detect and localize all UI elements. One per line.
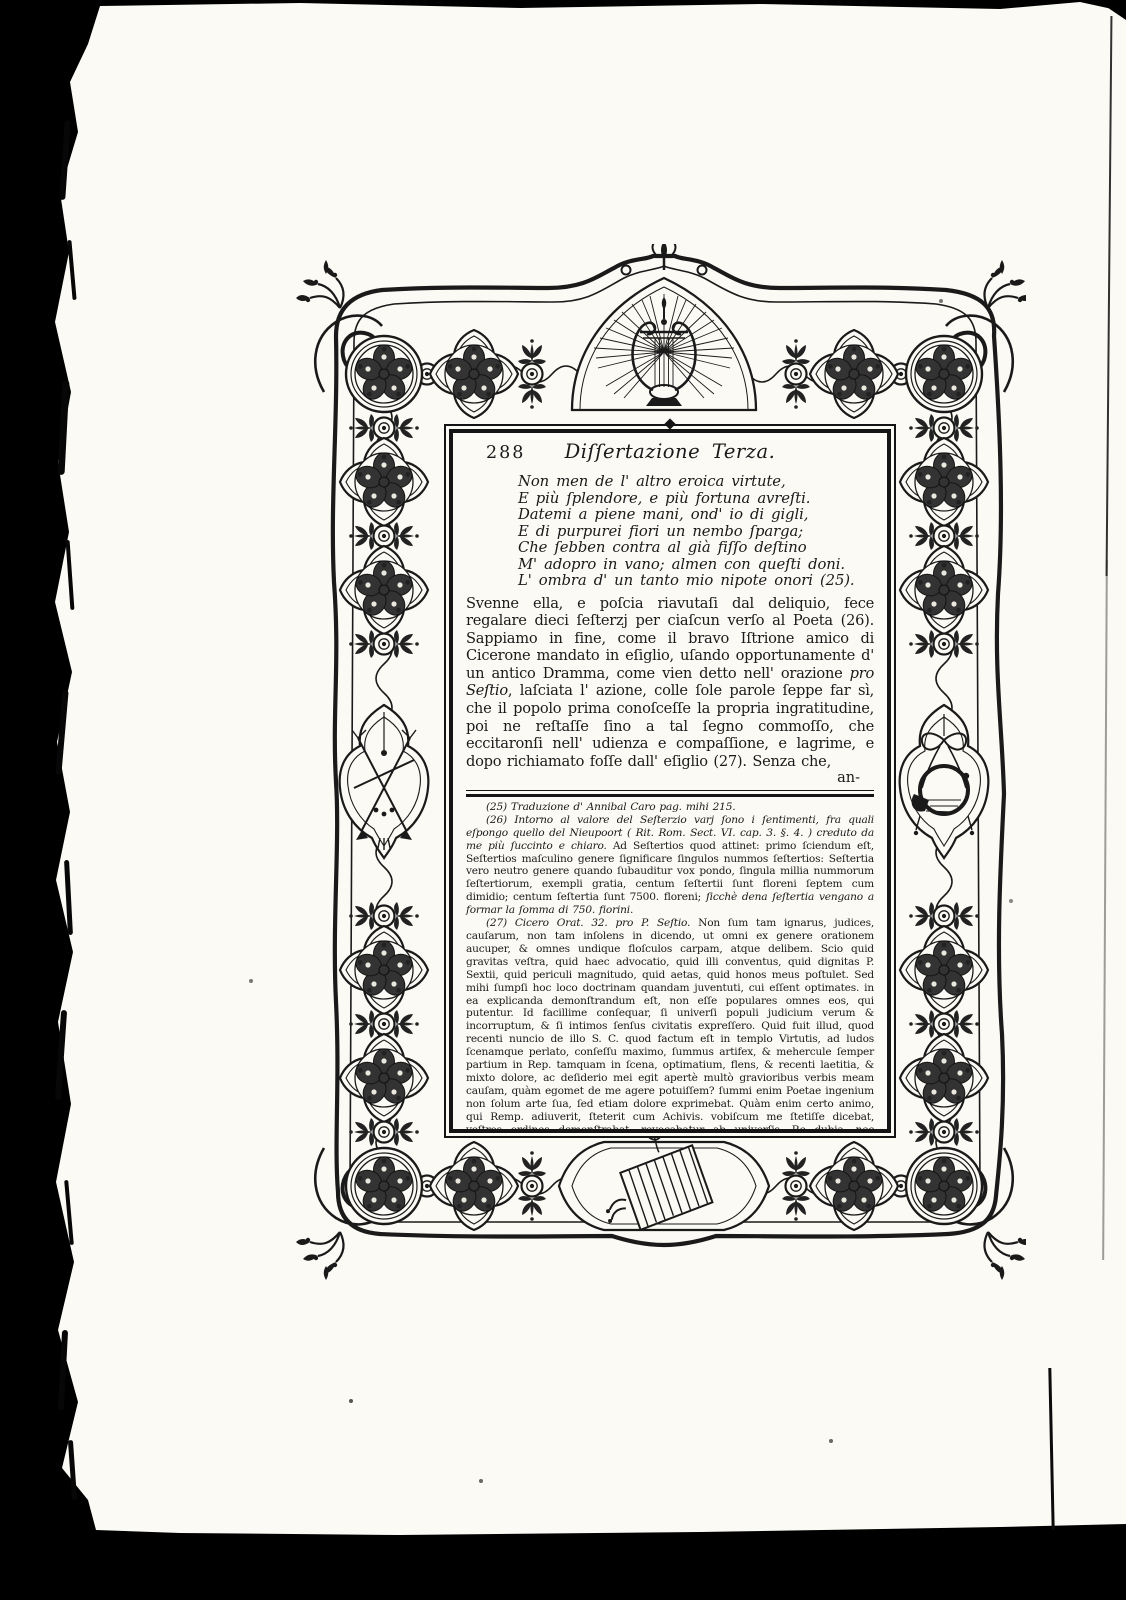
rosette-icon — [346, 336, 422, 412]
page-header: 288 Diſſertazione Terza. — [466, 440, 874, 467]
tulip-bead-link-icon — [349, 630, 419, 658]
ribbon-horn-cartouche-icon — [900, 705, 989, 858]
radiant-lyre-icon — [572, 278, 756, 410]
rosette-icon — [810, 330, 898, 418]
tulip-bead-link-icon — [782, 339, 810, 409]
text-panel-inner: 288 Diſſertazione Terza. Non men de l' a… — [449, 429, 891, 1133]
rosette-icon — [900, 1034, 988, 1122]
footnote: (26) Intorno al valore del Seſterzio var… — [466, 814, 874, 917]
poem-line: M' adopro in vano; almen con queſti doni… — [518, 557, 874, 574]
tulip-bead-link-icon — [518, 1151, 546, 1221]
tulip-bead-link-icon — [909, 1118, 979, 1146]
footnote: (27) Cicero Orat. 32. pro P. Seſtio. Non… — [466, 917, 874, 1133]
text-segment: Non ſum tam ignarus, judices, cauſarum, … — [466, 917, 874, 1133]
poem-line: Datemi a piene mani, ond' io di gigli, — [518, 507, 874, 524]
tulip-bead-link-icon — [909, 630, 979, 658]
body-paragraph: Svenne ella, e poſcia riavutaſi dal deli… — [466, 595, 874, 771]
text-segment: (25) Traduzione d' Annibal Caro pag. mih… — [486, 801, 735, 813]
poem-block: Non men de l' altro eroica virtute,E più… — [518, 474, 874, 590]
torn-edge-mark — [58, 1330, 68, 1410]
tulip-bead-link-icon — [782, 1151, 810, 1221]
rosette-icon — [430, 330, 518, 418]
rosette-icon — [346, 1148, 422, 1224]
tulip-bead-link-icon — [349, 1118, 419, 1146]
tulip-bead-link-icon — [518, 339, 546, 409]
rosette-icon — [340, 1034, 428, 1122]
text-segment: Svenne ella, e poſcia riavutaſi dal deli… — [466, 595, 874, 682]
rosette-icon — [900, 546, 988, 634]
catchword: an- — [466, 770, 874, 787]
text-panel: 288 Diſſertazione Terza. Non men de l' a… — [444, 424, 896, 1138]
poem-line: Non men de l' altro eroica virtute, — [518, 474, 874, 491]
rosette-icon — [810, 1142, 898, 1230]
text-segment: , laſciata l' azione, colle ſole parole … — [466, 682, 874, 769]
rosette-icon — [340, 926, 428, 1014]
running-title: Diſſertazione Terza. — [466, 440, 874, 463]
footnote-rule — [466, 790, 874, 797]
poem-line: E di purpurei fiori un nembo ſparga; — [518, 524, 874, 541]
rosette-icon — [430, 1142, 518, 1230]
rosette-icon — [906, 1148, 982, 1224]
scanned-page: 288 Diſſertazione Terza. Non men de l' a… — [0, 0, 1126, 1600]
footnote: (25) Traduzione d' Annibal Caro pag. mih… — [466, 801, 874, 814]
text-segment: (27) Cicero Orat. 32. pro P. Seſtio. — [486, 917, 698, 929]
rosette-icon — [900, 438, 988, 526]
poem-line: L' ombra d' un tanto mio nipote onori (2… — [518, 573, 874, 590]
poem-line: E più ſplendore, e più fortuna avreſti. — [518, 491, 874, 508]
footnotes-block: (25) Traduzione d' Annibal Caro pag. mih… — [466, 801, 874, 1133]
poem-line: Che ſebben contra al già fiſſo deſtino — [518, 540, 874, 557]
rosette-icon — [906, 336, 982, 412]
rosette-icon — [900, 926, 988, 1014]
page-number: 288 — [486, 443, 525, 463]
paper-specks — [0, 0, 2, 2]
